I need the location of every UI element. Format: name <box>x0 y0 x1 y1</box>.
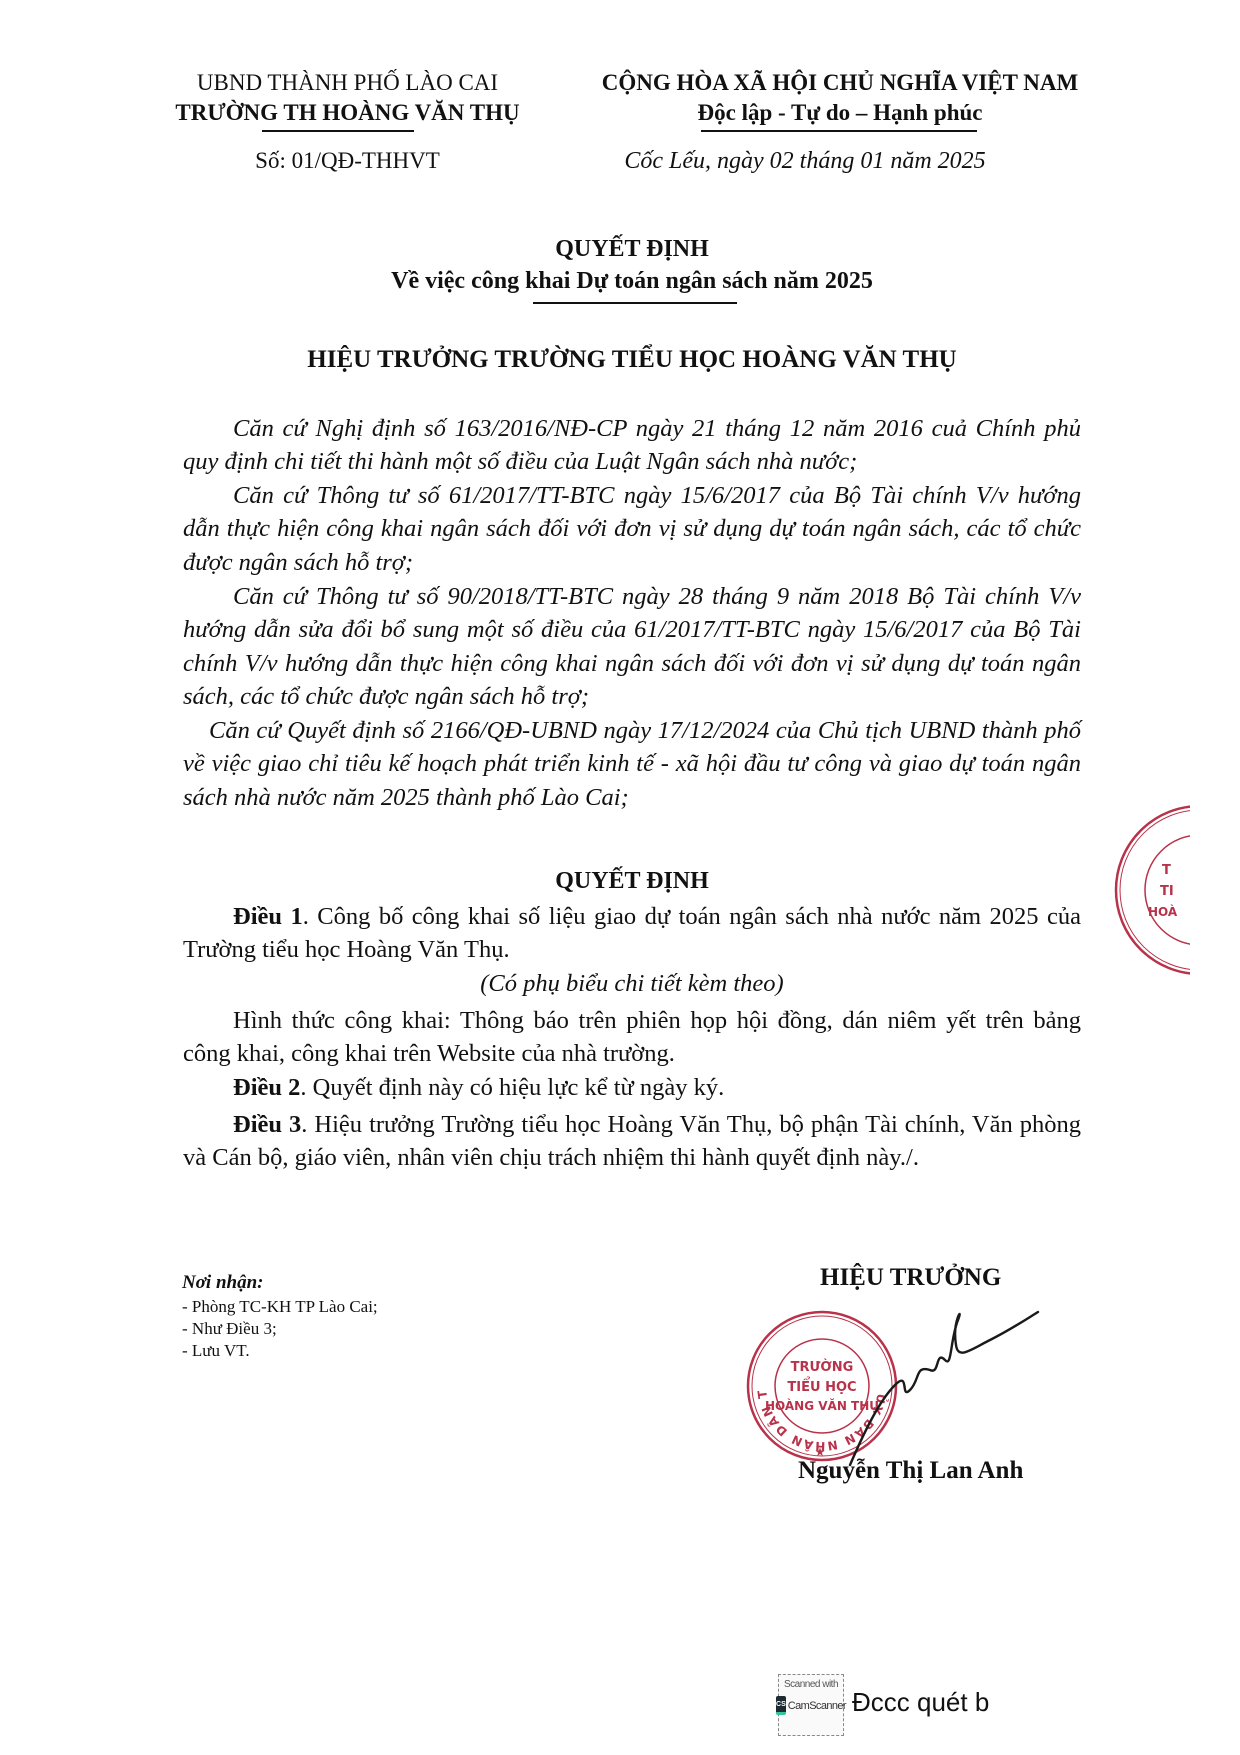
issuing-official: HIỆU TRƯỞNG TRƯỜNG TIỂU HỌC HOÀNG VĂN TH… <box>183 346 1081 374</box>
svg-text:TI: TI <box>1160 884 1174 899</box>
camscanner-name: CamScanner <box>788 1700 846 1712</box>
parent-authority: UBND THÀNH PHỐ LÀO CAI <box>150 68 545 98</box>
article-3: Điều 3. Hiệu trưởng Trường tiểu học Hoàn… <box>183 1108 1081 1175</box>
watermark-caption: Đccc quét b <box>852 1687 989 1718</box>
school-name-underline <box>262 130 414 132</box>
recipients-heading: Nơi nhận: <box>182 1270 502 1296</box>
issuing-authority: UBND THÀNH PHỐ LÀO CAI TRƯỜNG TH HOÀNG V… <box>150 68 545 128</box>
disclosure-form: Hình thức công khai: Thông báo trên phiê… <box>183 1004 1081 1071</box>
recipients-block: Nơi nhận: - Phòng TC-KH TP Lào Cai; - Nh… <box>182 1270 502 1362</box>
document-number: Số: 01/QĐ-THHVT <box>150 146 545 176</box>
national-motto: Độc lập - Tự do – Hạnh phúc <box>555 98 1125 128</box>
svg-text:HOÀ: HOÀ <box>1148 904 1178 919</box>
document-subtitle: Về việc công khai Dự toán ngân sách năm … <box>183 268 1081 295</box>
legal-basis-2: Căn cứ Thông tư số 61/2017/TT-BTC ngày 1… <box>183 479 1081 579</box>
recipient-item: - Như Điều 3; <box>182 1318 502 1340</box>
article-1-label: Điều 1 <box>233 903 303 930</box>
national-header: CỘNG HÒA XÃ HỘI CHỦ NGHĨA VIỆT NAM Độc l… <box>555 68 1125 128</box>
camscanner-logo-icon: CS <box>776 1696 786 1715</box>
recipient-item: - Phòng TC-KH TP Lào Cai; <box>182 1296 502 1318</box>
place-date: Cốc Lếu, ngày 02 tháng 01 năm 2025 <box>555 146 1055 176</box>
legal-basis-1: Căn cứ Nghị định số 163/2016/NĐ-CP ngày … <box>183 412 1081 479</box>
legal-basis-3: Căn cứ Thông tư số 90/2018/TT-BTC ngày 2… <box>183 580 1081 714</box>
subtitle-underline <box>533 302 737 304</box>
document-title: QUYẾT ĐỊNH <box>183 236 1081 263</box>
camscanner-badge: Scanned with CS CamScanner <box>778 1674 844 1736</box>
partial-seal-icon: T TI HOÀ <box>1110 800 1190 980</box>
scanned-with-label: Scanned with <box>779 1679 843 1690</box>
article-3-label: Điều 3 <box>233 1111 301 1138</box>
article-2-label: Điều 2 <box>233 1074 300 1101</box>
signatory-name: Nguyễn Thị Lan Anh <box>798 1457 1023 1485</box>
article-3-text: . Hiệu trưởng Trường tiểu học Hoàng Văn … <box>183 1111 1081 1171</box>
country-name: CỘNG HÒA XÃ HỘI CHỦ NGHĨA VIỆT NAM <box>555 68 1125 98</box>
article-2-text: . Quyết định này có hiệu lực kể từ ngày … <box>300 1074 724 1101</box>
signatory-title: HIỆU TRƯỞNG <box>820 1264 1001 1292</box>
svg-text:T: T <box>1162 863 1171 878</box>
school-name: TRƯỜNG TH HOÀNG VĂN THỤ <box>150 98 545 128</box>
decision-heading: QUYẾT ĐỊNH <box>183 868 1081 895</box>
appendix-note: (Có phụ biểu chi tiết kèm theo) <box>183 967 1081 1000</box>
recipient-item: - Lưu VT. <box>182 1340 502 1362</box>
article-1: Điều 1. Công bố công khai số liệu giao d… <box>183 900 1081 967</box>
article-2: Điều 2. Quyết định này có hiệu lực kể từ… <box>183 1071 1081 1104</box>
legal-basis-4: Căn cứ Quyết định số 2166/QĐ-UBND ngày 1… <box>183 714 1081 814</box>
signature-scribble-icon <box>840 1290 1040 1470</box>
article-1-text: . Công bố công khai số liệu giao dự toán… <box>183 903 1081 963</box>
motto-underline <box>701 130 977 132</box>
